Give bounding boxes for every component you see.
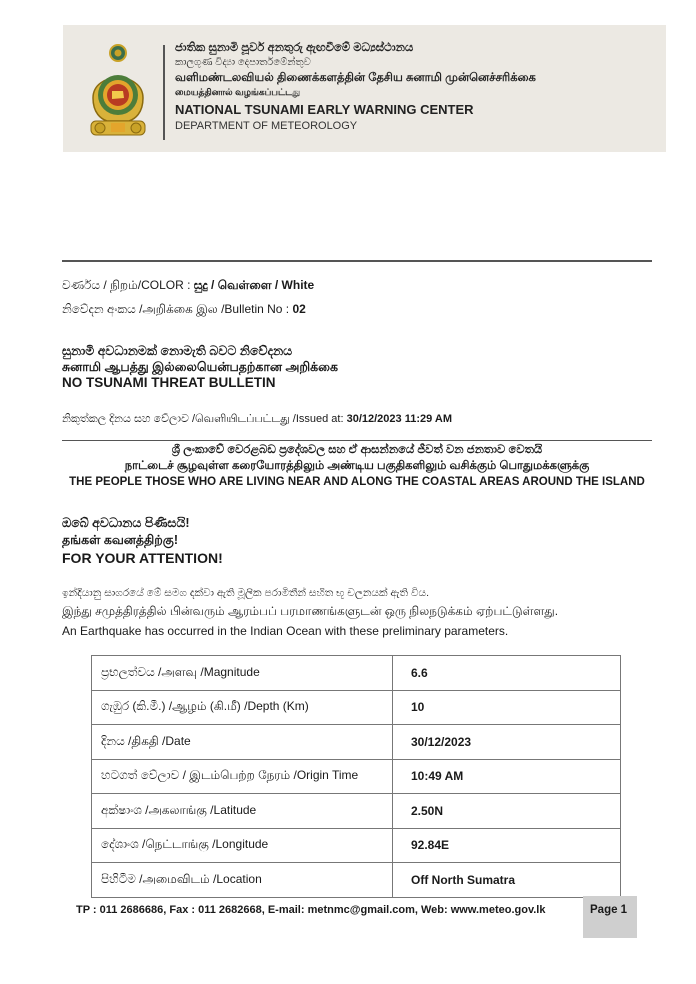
param-label: ප්‍රභලත්වය /அளவு /Magnitude bbox=[92, 656, 393, 691]
message-sinhala: ඉන්දියානු සාගරයේ මේ සමග දක්වා ඇති මූලික … bbox=[62, 587, 429, 600]
header-english-subtitle: DEPARTMENT OF METEOROLOGY bbox=[175, 119, 536, 134]
bulletin-value: 02 bbox=[292, 302, 305, 316]
audience-sinhala: ශ්‍රී ලංකාවේ වෙරළබඩ ප්‍රදේශවල සහ ඒ ආසන්න… bbox=[62, 444, 652, 457]
header-divider bbox=[163, 45, 165, 140]
message-english: An Earthquake has occurred in the Indian… bbox=[62, 624, 508, 638]
table-row: දිනය /திகதி /Date30/12/2023 bbox=[92, 725, 621, 760]
audience-divider bbox=[62, 440, 652, 441]
param-value: Off North Sumatra bbox=[393, 863, 621, 898]
bulletin-title-tamil: சுனாமி ஆபத்து இல்லையென்பதற்கான அறிக்கை bbox=[62, 360, 338, 376]
attention-english: FOR YOUR ATTENTION! bbox=[62, 550, 223, 566]
param-value: 92.84E bbox=[393, 828, 621, 863]
header-sinhala-department: කාලගුණ විද්‍යා දෙපාර්තමේන්තුව bbox=[175, 56, 536, 70]
bulletin-number-field: නිවේදන අංකය /அறிக்கை இல /Bulletin No : 0… bbox=[62, 302, 306, 318]
table-row: ගැඹුර (කි.මී.) /ஆழம் (கி.மீ) /Depth (Km)… bbox=[92, 690, 621, 725]
bulletin-label: නිවේදන අංකය /அறிக்கை இல /Bulletin No : bbox=[62, 302, 292, 316]
issued-label: නිකුත්කල දිනය සහ වේලාව /வெளியிடப்பட்டது … bbox=[62, 413, 347, 425]
color-label: වර්ණය / நிறம்/COLOR : bbox=[62, 278, 194, 292]
param-value: 2.50N bbox=[393, 794, 621, 829]
page-number: Page 1 bbox=[590, 904, 627, 916]
param-value: 10 bbox=[393, 690, 621, 725]
earthquake-parameters-table: ප්‍රභලත්වය /அளவு /Magnitude6.6 ගැඹුර (කි… bbox=[91, 655, 621, 898]
top-divider bbox=[62, 260, 652, 262]
attention-sinhala: ඔබේ අවධානය පිණිසයි! bbox=[62, 516, 190, 531]
bulletin-title-english: NO TSUNAMI THREAT BULLETIN bbox=[62, 375, 275, 390]
audience-english: THE PEOPLE THOSE WHO ARE LIVING NEAR AND… bbox=[62, 476, 652, 488]
footer-contact: TP : 011 2686686, Fax : 011 2682668, E-m… bbox=[76, 904, 545, 916]
bulletin-title-sinhala: සුනාමි අවධානමක් නොමැති බවට නිවේදනය bbox=[62, 344, 292, 359]
header-tamil-center: வளிமண்டலவியல் திணைக்களத்தின் தேசிய சுனாம… bbox=[175, 70, 536, 86]
header-sinhala-center: ජාතික සුනාමි පූර්ව අනතුරු ඇඟවීමේ මධ්‍යස්… bbox=[175, 41, 536, 56]
attention-tamil: தங்கள் கவனத்திற்கு! bbox=[62, 533, 178, 549]
param-label: අක්ෂාංශ /அகலாங்கு /Latitude bbox=[92, 794, 393, 829]
table-row: ප්‍රභලත්වය /அளவு /Magnitude6.6 bbox=[92, 656, 621, 691]
issued-value: 30/12/2023 11:29 AM bbox=[347, 413, 452, 425]
table-row: හටගත් වේලාව / இடம்பெற்ற நேரம் /Origin Ti… bbox=[92, 759, 621, 794]
message-tamil: இந்து சமுத்திரத்தில் பின்வரும் ஆரம்பப் ப… bbox=[62, 604, 558, 620]
letterhead: ජාතික සුනාමි පූර්ව අනතුරු ඇඟවීමේ මධ්‍යස්… bbox=[63, 25, 666, 152]
param-label: ගැඹුර (කි.මී.) /ஆழம் (கி.மீ) /Depth (Km) bbox=[92, 690, 393, 725]
param-value: 10:49 AM bbox=[393, 759, 621, 794]
table-row: පිහිටීම /அமைவிடம் /LocationOff North Sum… bbox=[92, 863, 621, 898]
param-label: දිනය /திகதி /Date bbox=[92, 725, 393, 760]
page-number-box: Page 1 bbox=[583, 896, 637, 938]
color-field: වර්ණය / நிறம்/COLOR : සුදු / வெள்ளை / Wh… bbox=[62, 278, 314, 294]
sri-lanka-emblem-icon bbox=[85, 43, 151, 137]
header-text: ජාතික සුනාමි පූර්ව අනතුරු ඇඟවීමේ මධ්‍යස්… bbox=[175, 41, 536, 134]
table-row: අක්ෂාංශ /அகலாங்கு /Latitude2.50N bbox=[92, 794, 621, 829]
param-value: 6.6 bbox=[393, 656, 621, 691]
param-label: හටගත් වේලාව / இடம்பெற்ற நேரம் /Origin Ti… bbox=[92, 759, 393, 794]
audience-tamil: நாட்டைச் சூழவுள்ள கரையோரத்திலும் அண்டிய … bbox=[62, 460, 652, 474]
param-label: පිහිටීම /அமைவிடம் /Location bbox=[92, 863, 393, 898]
param-value: 30/12/2023 bbox=[393, 725, 621, 760]
param-label: දේශාංශ /நெட்டாங்கு /Longitude bbox=[92, 828, 393, 863]
color-value: සුදු / வெள்ளை / White bbox=[194, 278, 314, 292]
issued-at-field: නිකුත්කල දිනය සහ වේලාව /வெளியிடப்பட்டது … bbox=[62, 413, 452, 427]
table-row: දේශාංශ /நெட்டாங்கு /Longitude92.84E bbox=[92, 828, 621, 863]
header-tamil-issued: மையத்தினால் வழங்கப்பட்டது bbox=[175, 86, 536, 99]
header-english-title: NATIONAL TSUNAMI EARLY WARNING CENTER bbox=[175, 101, 536, 119]
